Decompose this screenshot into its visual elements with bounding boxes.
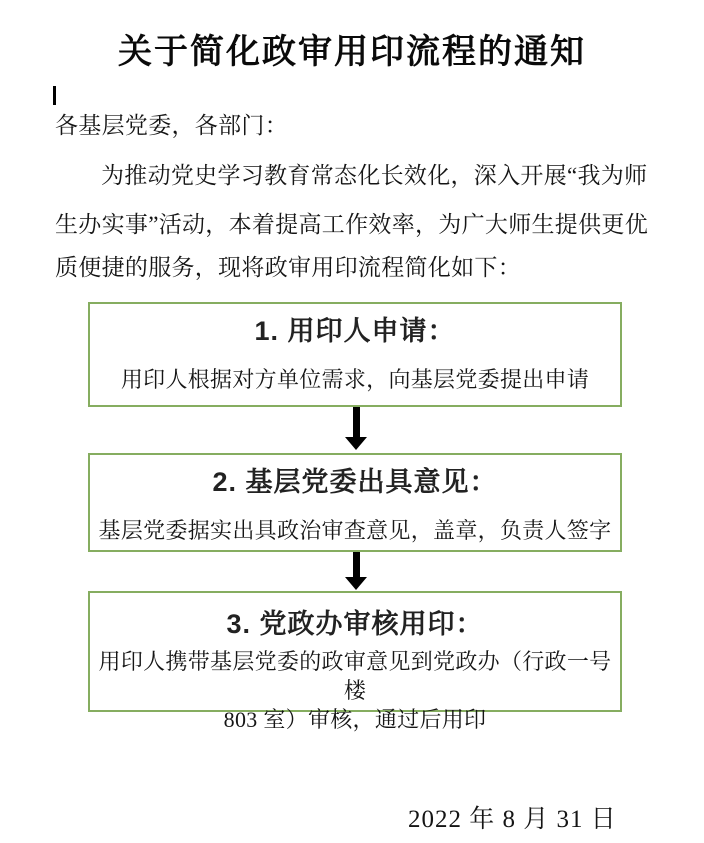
paragraph-line: 为推动党史学习教育常态化长效化，深入开展“我为师	[101, 162, 647, 190]
step-3-heading: 3. 党政办审核用印：	[90, 609, 620, 639]
flow-step-3-box: 3. 党政办审核用印： 用印人携带基层党委的政审意见到党政办（行政一号楼 803…	[88, 591, 622, 712]
page-title: 关于简化政审用印流程的通知	[0, 24, 704, 73]
step-2-body-line: 基层党委据实出具政治审查意见，盖章，负责人签字	[90, 516, 620, 545]
arrow-head	[345, 577, 367, 590]
flow-step-1-box: 1. 用印人申请： 用印人根据对方单位需求，向基层党委提出申请	[88, 302, 622, 407]
paragraph-line: 生办实事”活动，本着提高工作效率，为广大师生提供更优	[55, 211, 648, 239]
document-page: 关于简化政审用印流程的通知 各基层党委，各部门： 为推动党史学习教育常态化长效化…	[0, 0, 704, 843]
arrow-head	[345, 437, 367, 450]
step-3-body: 用印人携带基层党委的政审意见到党政办（行政一号楼 803 室）审核，通过后用印	[90, 647, 620, 734]
text-cursor	[53, 86, 56, 105]
step-3-body-line: 用印人携带基层党委的政审意见到党政办（行政一号楼	[90, 647, 620, 705]
paragraph-line: 质便捷的服务，现将政审用印流程简化如下：	[55, 254, 521, 282]
arrow-stem	[353, 552, 360, 577]
step-1-heading: 1. 用印人申请：	[90, 316, 620, 346]
step-2-heading: 2. 基层党委出具意见：	[90, 467, 620, 497]
flow-step-2-box: 2. 基层党委出具意见： 基层党委据实出具政治审查意见，盖章，负责人签字	[88, 453, 622, 552]
arrow-stem	[353, 407, 360, 437]
step-1-body-line: 用印人根据对方单位需求，向基层党委提出申请	[90, 365, 620, 394]
step-3-body-line: 803 室）审核，通过后用印	[90, 705, 620, 734]
down-arrow-icon	[345, 552, 368, 590]
down-arrow-icon	[345, 407, 368, 450]
greeting-line: 各基层党委，各部门：	[55, 112, 288, 140]
date-line: 2022 年 8 月 31 日	[408, 799, 617, 835]
